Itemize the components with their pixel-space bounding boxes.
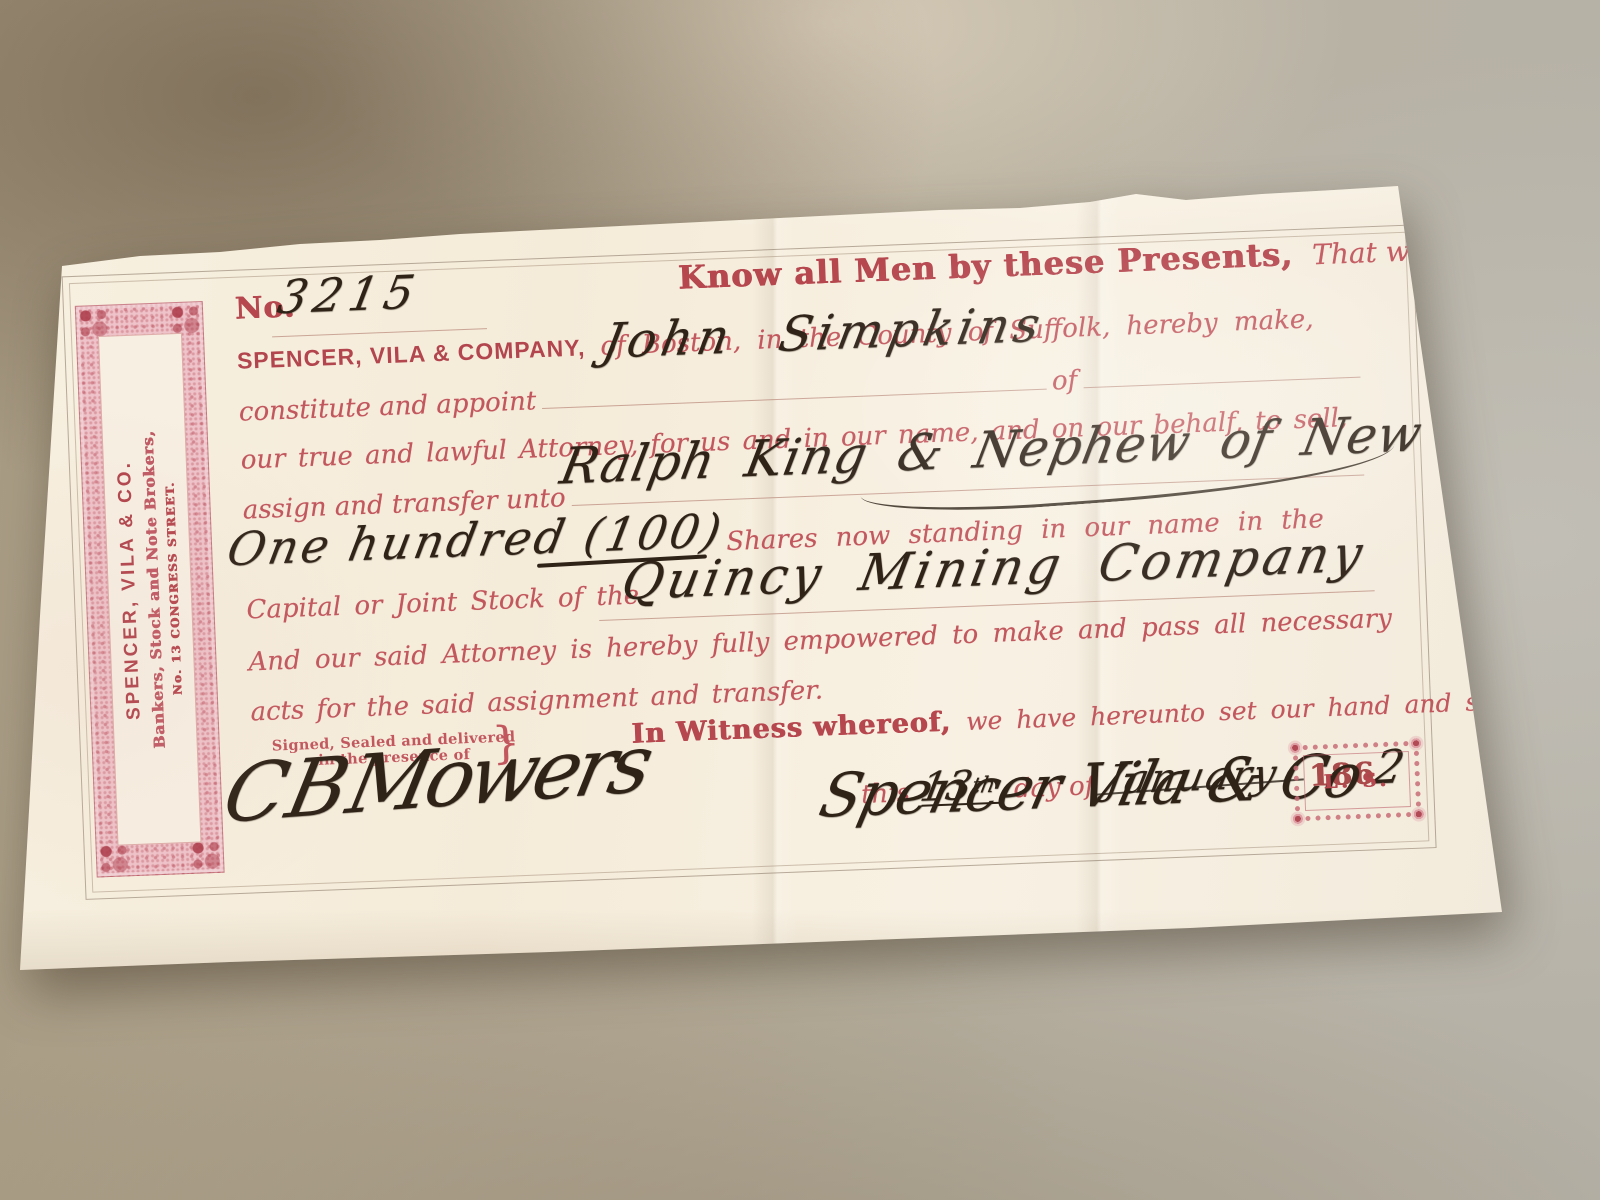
seal-text: L. S. xyxy=(1323,769,1390,794)
ornate-side-banner: SPENCER, VILA & CO. Bankers, Stock and N… xyxy=(75,301,225,877)
seal-box: L. S. xyxy=(1293,741,1422,822)
seal-rosette-icon xyxy=(1287,740,1303,756)
banner-strip: SPENCER, VILA & CO. Bankers, Stock and N… xyxy=(98,333,202,846)
paper-shadow-wrap: SPENCER, VILA & CO. Bankers, Stock and N… xyxy=(0,0,1600,1200)
banner-address-text: No. 13 CONGRESS STREET. xyxy=(163,481,185,695)
document-paper: SPENCER, VILA & CO. Bankers, Stock and N… xyxy=(10,180,1520,990)
heading-suffix: That we, xyxy=(1312,234,1436,272)
handwritten-certificate-number: 3215 xyxy=(273,264,424,324)
seal-inner-border: L. S. xyxy=(1303,751,1411,811)
printed-of: of xyxy=(1051,365,1077,396)
printed-sheet: SPENCER, VILA & CO. Bankers, Stock and N… xyxy=(23,145,1471,959)
photo-background: SPENCER, VILA & CO. Bankers, Stock and N… xyxy=(0,0,1600,1200)
